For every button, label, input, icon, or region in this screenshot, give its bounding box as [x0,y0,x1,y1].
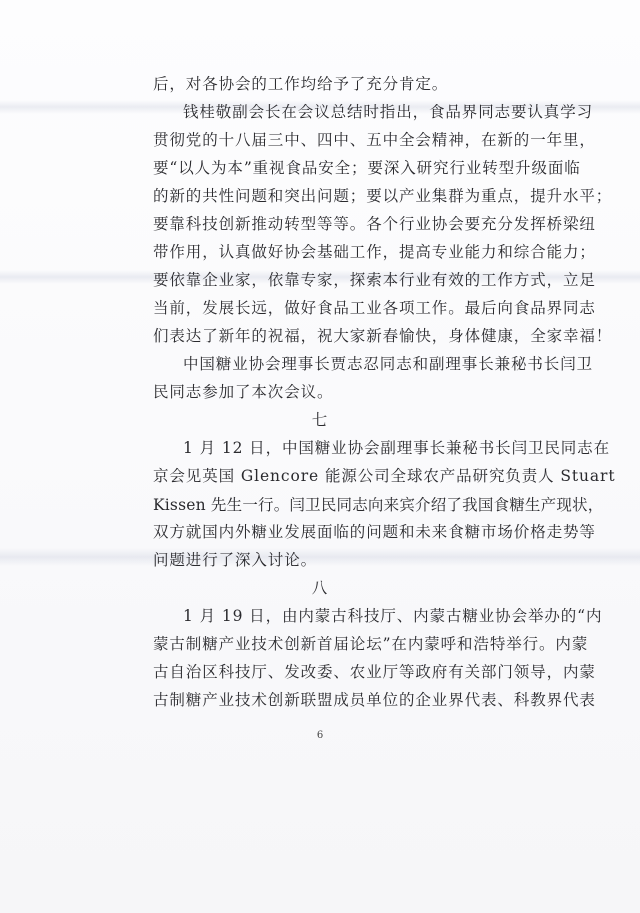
text-line: 要“以人为本”重视食品安全；要深入研究行业转型升级面临 [153,158,493,178]
text-line: 贯彻党的十八届三中、四中、五中全会精神，在新的一年里， [153,130,493,150]
text-line: 京会见英国 Glencore 能源公司全球农产品研究负责人 Stuart [153,466,493,486]
document-page: 后，对各协会的工作均给予了充分肯定。 钱桂敬副会长在会议总结时指出，食品界同志要… [0,0,640,913]
section-heading-eight: 八 [0,578,640,598]
text-line: 古制糖产业技术创新联盟成员单位的企业界代表、科教界代表 [153,690,493,710]
page-number: 6 [0,730,640,741]
text-line: 们表达了新年的祝福，祝大家新春愉快，身体健康，全家幸福！ [153,326,493,346]
text-line: 的新的共性问题和突出问题；要以产业集群为重点，提升水平； [153,186,493,206]
text-line: 要依靠企业家，依靠专家，探索本行业有效的工作方式，立足 [153,270,493,290]
text-line: 要靠科技创新推动转型等等。各个行业协会要充分发挥桥梁纽 [153,214,493,234]
text-line: 双方就国内外糖业发展面临的问题和未来食糖市场价格走势等 [153,522,493,542]
text-line: Kissen 先生一行。闫卫民同志向来宾介绍了我国食糖生产现状， [153,495,493,515]
paragraph-start: 钱桂敬副会长在会议总结时指出，食品界同志要认真学习 [183,102,495,122]
text-line: 民同志参加了本次会议。 [153,382,493,402]
text-line: 问题进行了深入讨论。 [153,550,493,570]
text-line: 古自治区科技厅、发改委、农业厅等政府有关部门领导，内蒙 [153,662,493,682]
paragraph-start: 1 月 12 日，中国糖业协会副理事长兼秘书长闫卫民同志在 [183,438,495,458]
section-heading-seven: 七 [0,410,640,430]
paragraph-start: 1 月 19 日，由内蒙古科技厅、内蒙古糖业协会举办的“内 [183,606,495,626]
text-line: 后，对各协会的工作均给予了充分肯定。 [153,74,493,94]
text-line: 当前，发展长远，做好食品工业各项工作。最后向食品界同志 [153,298,493,318]
text-line: 蒙古制糖产业技术创新首届论坛”在内蒙呼和浩特举行。内蒙 [153,634,493,654]
text-line: 带作用，认真做好协会基础工作，提高专业能力和综合能力； [153,242,493,262]
paragraph-start: 中国糖业协会理事长贾志忍同志和副理事长兼秘书长闫卫 [183,354,495,374]
